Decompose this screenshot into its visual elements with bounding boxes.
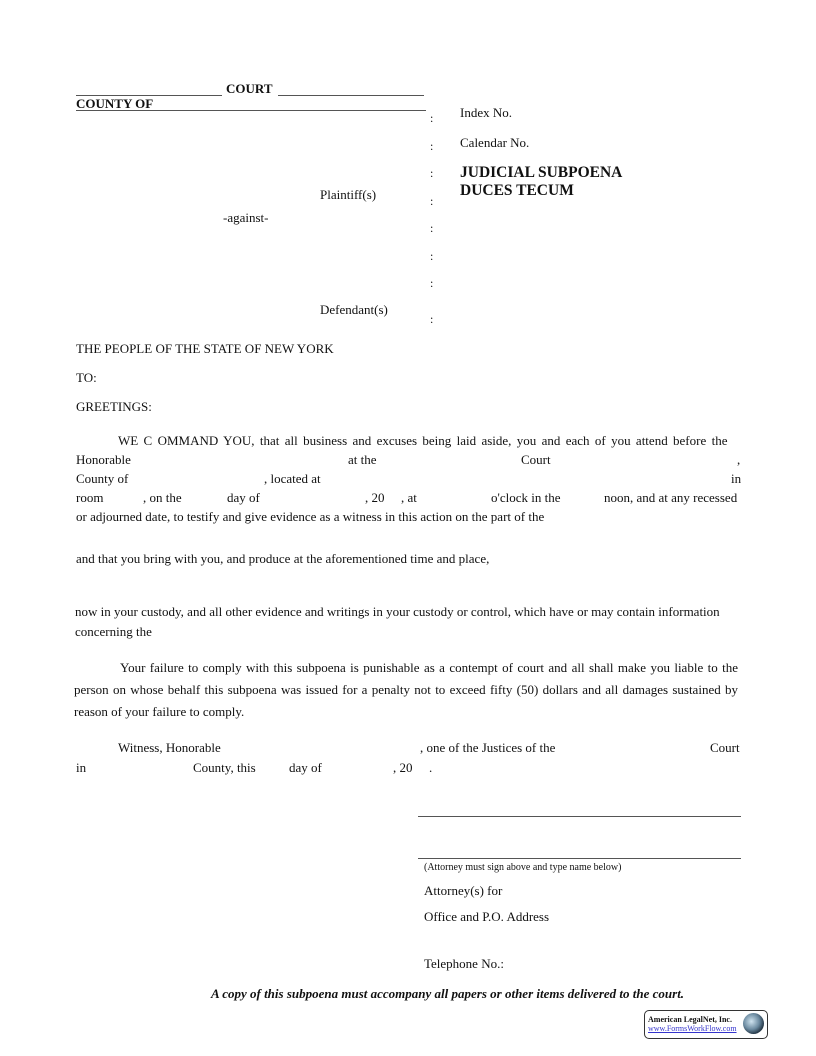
against-label: -against- xyxy=(223,210,268,226)
county-blank[interactable] xyxy=(160,110,426,111)
document-title: JUDICIAL SUBPOENA DUCES TECUM xyxy=(460,164,622,200)
noon-label: noon, and at any recessed xyxy=(604,490,737,506)
caption-colon: : xyxy=(430,111,433,126)
witness-court-label: Court xyxy=(710,740,740,756)
court-label-inline: Court xyxy=(521,452,551,468)
county-of-label: County of xyxy=(76,471,128,487)
globe-icon xyxy=(743,1013,764,1034)
on-the-label: , on the xyxy=(143,490,182,506)
greetings-label: GREETINGS: xyxy=(76,399,152,415)
signature-note: (Attorney must sign above and type name … xyxy=(424,862,621,873)
attorneys-for-label: Attorney(s) for xyxy=(424,883,502,899)
index-number-label: Index No. xyxy=(460,105,512,121)
office-address-label: Office and P.O. Address xyxy=(424,909,549,925)
caption-colon: : xyxy=(430,276,433,291)
court-label: COURT xyxy=(226,81,273,97)
caption-colon: : xyxy=(430,166,433,181)
caption-colon: : xyxy=(430,312,433,327)
located-at-label: , located at xyxy=(264,471,321,487)
to-label: TO: xyxy=(76,370,97,386)
calendar-number-label: Calendar No. xyxy=(460,135,529,151)
logo-company-name: American LegalNet, Inc. xyxy=(648,1015,732,1024)
oclock-label: o'clock in the xyxy=(491,490,561,506)
witness-honorable-label: Witness, Honorable xyxy=(118,740,221,756)
in-label: in xyxy=(731,471,741,487)
logo-website-link[interactable]: www.FormsWorkFlow.com xyxy=(648,1024,737,1033)
honorable-label: Honorable xyxy=(76,452,131,468)
room-label: room xyxy=(76,490,103,506)
signature-line[interactable] xyxy=(418,816,741,817)
caption-colon: : xyxy=(430,249,433,264)
caption-underline xyxy=(76,110,160,111)
document-title-line2: DUCES TECUM xyxy=(460,182,622,200)
at-the-label: at the xyxy=(348,452,377,468)
witness-day-of-label: day of xyxy=(289,760,322,776)
day-of-label: day of xyxy=(227,490,260,506)
concerning-text: concerning the xyxy=(75,624,152,640)
court-name-blank-right[interactable] xyxy=(278,95,424,96)
telephone-label: Telephone No.: xyxy=(424,956,504,972)
caption-colon: : xyxy=(430,221,433,236)
comma: , xyxy=(737,452,740,468)
year-prefix: , 20 xyxy=(365,490,385,506)
caption-colon: : xyxy=(430,139,433,154)
justices-label: , one of the Justices of the xyxy=(420,740,555,756)
at-label: , at xyxy=(401,490,417,506)
footer-notice: A copy of this subpoena must accompany a… xyxy=(211,986,684,1002)
witness-year-prefix: , 20 xyxy=(393,760,413,776)
county-this-label: County, this xyxy=(193,760,256,776)
document-title-line1: JUDICIAL SUBPOENA xyxy=(460,164,622,182)
failure-paragraph: Your failure to comply with this subpoen… xyxy=(74,657,738,723)
people-heading: THE PEOPLE OF THE STATE OF NEW YORK xyxy=(76,341,334,357)
custody-text: now in your custody, and all other evide… xyxy=(75,604,720,620)
adjourned-text: or adjourned date, to testify and give e… xyxy=(76,509,544,525)
caption-colon: : xyxy=(430,194,433,209)
defendant-label: Defendant(s) xyxy=(320,302,388,318)
typed-name-line[interactable] xyxy=(418,858,741,859)
witness-in-label: in xyxy=(76,760,86,776)
plaintiff-label: Plaintiff(s) xyxy=(320,187,376,203)
command-line: WE C OMMAND YOU, that all business and e… xyxy=(118,433,727,449)
period: . xyxy=(429,760,432,776)
bring-text: and that you bring with you, and produce… xyxy=(76,551,489,567)
american-legalnet-logo[interactable]: American LegalNet, Inc. www.FormsWorkFlo… xyxy=(644,1010,768,1039)
